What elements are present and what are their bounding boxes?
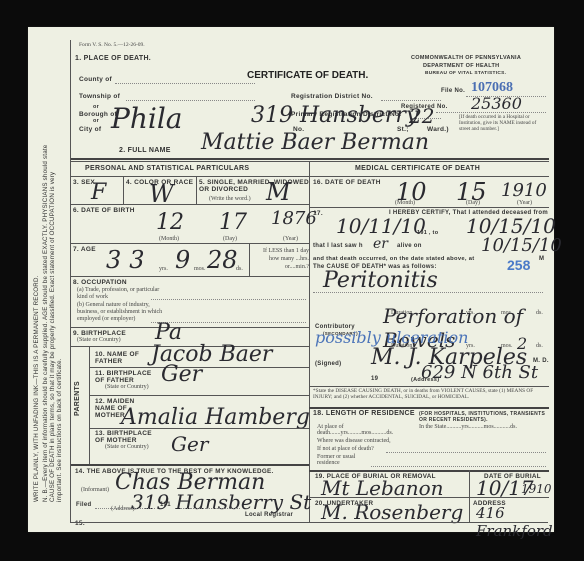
mother-birthplace-value: Ger: [171, 432, 208, 456]
mother-birthplace-hint: (State or Country): [105, 444, 149, 450]
informant-label: (Informant): [81, 487, 109, 493]
parents-label: PARENTS: [74, 381, 81, 416]
agency-line-1: COMMONWEALTH OF PENNSYLVANIA: [411, 55, 521, 61]
marital-status-label: 5. SINGLE, MARRIED, WIDOWED OR DIVORCED: [199, 179, 309, 193]
dob-year-caption: (Year): [283, 236, 298, 242]
age-label: 7. AGE: [73, 246, 96, 253]
or-label-2: or: [93, 118, 99, 124]
residence-label: 18. LENGTH OF RESIDENCE: [313, 410, 415, 417]
agency-line-3: BUREAU OF VITAL STATISTICS.: [425, 71, 506, 76]
age-months-value: 9: [175, 246, 190, 274]
footnote: *State the DISEASE CAUSING DEATH, or in …: [313, 388, 547, 400]
dob-day-caption: (Day): [223, 236, 237, 242]
dod-year-value: 1910: [501, 180, 547, 201]
place-of-death-label: 1. PLACE OF DEATH.: [75, 55, 151, 62]
date-of-birth-label: 6. DATE OF BIRTH: [73, 207, 135, 214]
mother-name-value: Amalia Hamberg: [121, 405, 310, 430]
alive-on-label: alive on: [397, 243, 422, 249]
attended-from-value: 10/11/10: [336, 214, 426, 238]
father-birthplace-value: Ger: [161, 362, 202, 387]
agency-line-2: DEPARTMENT OF HEALTH: [423, 63, 499, 69]
medical-section-title: MEDICAL CERTIFICATE OF DEATH: [355, 165, 480, 172]
city-label: City of: [79, 126, 101, 133]
margin-line-4: important. See instructions on back of c…: [56, 358, 64, 502]
dob-month-value: 12: [156, 210, 184, 235]
registration-district-label: Registration District No.: [291, 93, 373, 100]
birthplace-hint: (State or Country): [77, 337, 121, 343]
or-label-1: or: [93, 104, 99, 110]
street-address-value: 319 Hansberry: [251, 103, 418, 128]
age-days-value: 28: [207, 246, 238, 274]
full-name-value: Mattie Baer Berman: [201, 130, 429, 155]
full-name-label: 2. FULL NAME: [119, 147, 171, 154]
marital-status-hint: (Write the word.): [209, 196, 251, 202]
filed-label: Filed: [76, 502, 92, 508]
sex-value: F: [91, 180, 106, 205]
local-registrar-label: Local Registrar: [245, 512, 293, 518]
former-residence-label: Former or usual residence: [317, 454, 377, 466]
physician-address-value: 629 N 6th St: [421, 362, 538, 383]
certificate-title: CERTIFICATE OF DEATH.: [247, 70, 368, 81]
city-value: Phila: [111, 102, 182, 135]
last-saw-label: that I last saw h: [313, 243, 363, 249]
dob-month-caption: (Month): [159, 236, 179, 242]
father-birthplace-label: 11. BIRTHPLACE OF FATHER: [95, 370, 155, 384]
age-days-unit: ds.: [236, 266, 243, 272]
father-birthplace-hint: (State or Country): [105, 384, 149, 390]
meridian-label: M: [539, 256, 544, 262]
signed-label: (Signed): [315, 361, 341, 367]
age-months-unit: mos.: [194, 266, 206, 272]
item-17-label: 17.: [313, 210, 323, 217]
county-label: County of: [79, 76, 112, 83]
filed-year: 191: [160, 502, 171, 508]
informant-address-value: 319 Hansberry St: [131, 490, 311, 514]
personal-section-title: PERSONAL AND STATISTICAL PARTICULARS: [85, 165, 249, 172]
at-place-of-death: At place of death.......yrs.........mos.…: [317, 424, 417, 436]
form-number: Form V. S. No. 5.—12-26-09.: [79, 42, 145, 48]
ward-value: 22: [409, 104, 434, 128]
township-label: Township of: [79, 93, 120, 100]
marital-status-value: M: [266, 178, 291, 206]
residence-note: (FOR HOSPITALS, INSTITUTIONS, TRANSIENTS…: [419, 411, 547, 423]
father-name-label: 10. NAME OF FATHER: [95, 351, 145, 365]
certificate-form: Form V. S. No. 5.—12-26-09. 1. PLACE OF …: [70, 40, 549, 522]
duration-ds-2: ds.: [536, 343, 543, 349]
cause-code-stamp: 258: [507, 257, 530, 273]
date-19-label: 19: [371, 376, 378, 382]
burial-year-value: 1910: [521, 482, 552, 496]
ward-label: Ward.): [427, 126, 449, 133]
dod-day-caption: (Day): [466, 200, 480, 206]
death-occurred-statement: and that death occurred, on the date sta…: [313, 256, 475, 262]
cause-of-death-value: Peritonitis: [323, 268, 438, 293]
age-years-unit: yrs.: [159, 266, 168, 272]
in-the-state: In the State..........yrs..........mos..…: [419, 424, 547, 430]
last-saw-pronoun: er: [373, 236, 388, 252]
margin-line-1: WRITE PLAINLY, WITH UNFADING INK—THIS IS…: [33, 275, 41, 502]
less-than-day-note: If LESS than 1 day how many ...hrs. or..…: [253, 247, 309, 271]
where-contracted-label: Where was disease contracted,: [317, 438, 391, 444]
mother-birthplace-label: 13. BIRTHPLACE OF MOTHER: [95, 430, 155, 444]
dod-year-caption: (Year): [517, 200, 532, 206]
age-years-value: 33: [106, 246, 153, 274]
dob-day-value: 17: [219, 210, 247, 235]
hospital-note: [If death occurred in a Hospital or Inst…: [459, 114, 547, 132]
registered-number: 25360: [471, 94, 522, 113]
occupation-label: 8. OCCUPATION: [73, 279, 127, 286]
attended-to-label: 191 , to: [417, 230, 438, 236]
if-not-at-place-label: If not at place of death?: [317, 446, 374, 452]
undertaker-value: M. Rosenberg: [321, 500, 463, 524]
file-no-label: File No.: [441, 88, 465, 94]
dob-year-value: 1876: [271, 208, 317, 229]
date-of-death-label: 16. DATE OF DEATH: [313, 179, 381, 186]
birthplace-label: 9. BIRTHPLACE: [73, 330, 126, 337]
dod-month-caption: (Month): [395, 200, 415, 206]
last-saw-date-value: 10/15/10: [481, 235, 562, 256]
